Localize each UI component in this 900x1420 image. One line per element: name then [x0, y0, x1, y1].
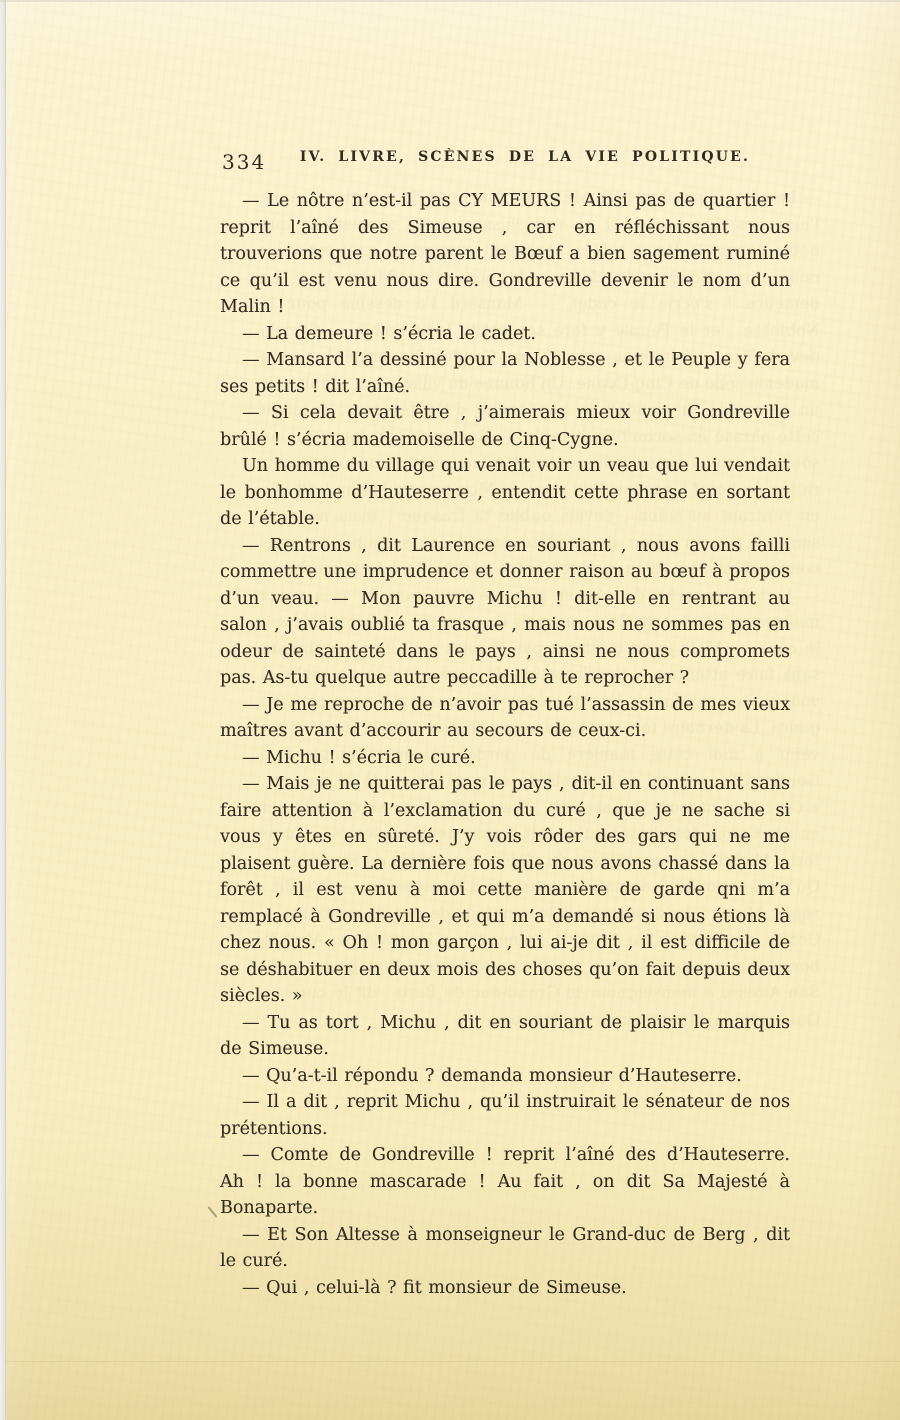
- paragraph: — Qui , celui-là ? fit monsieur de Simeu…: [220, 1275, 790, 1302]
- paragraph: — Il a dit , reprit Michu , qu’il instru…: [220, 1089, 790, 1142]
- paragraph: — Rentrons , dit Laurence en souriant , …: [220, 533, 790, 692]
- paragraph: — Mais je ne quitterai pas le pays , dit…: [220, 771, 790, 1010]
- page-header: 334 IV. LIVRE, SCÈNES DE LA VIE POLITIQU…: [220, 149, 790, 177]
- paragraph: — La demeure ! s’écria le cadet.: [220, 321, 790, 348]
- scan-edge-top: [0, 0, 900, 2]
- running-title: IV. LIVRE, SCÈNES DE LA VIE POLITIQUE.: [220, 149, 790, 165]
- paragraph: — Qu’a-t-il répondu ? demanda monsieur d…: [220, 1063, 790, 1090]
- paragraph: — Si cela devait être , j’aimerais mieux…: [220, 400, 790, 453]
- stray-ink-mark: [208, 1206, 218, 1217]
- paragraph: — Comte de Gondreville ! reprit l’aîné d…: [220, 1142, 790, 1222]
- paragraph: — Mansard l’a dessiné pour la Noblesse ,…: [220, 347, 790, 400]
- paragraph: Un homme du village qui venait voir un v…: [220, 453, 790, 533]
- paragraph: — Et Son Altesse à monseigneur le Grand-…: [220, 1222, 790, 1275]
- paragraph: — Le nôtre n’est-il pas CY MEURS ! Ainsi…: [220, 188, 790, 321]
- text-body: — Le nôtre n’est-il pas CY MEURS ! Ainsi…: [220, 188, 790, 1301]
- page-number: 334: [222, 150, 266, 174]
- scan-edge-left: [0, 0, 6, 1420]
- scan-artifact-line: [0, 1361, 900, 1362]
- paragraph: — Tu as tort , Michu , dit en souriant d…: [220, 1010, 790, 1063]
- paragraph: — Michu ! s’écria le curé.: [220, 745, 790, 772]
- paragraph: — Je me reproche de n’avoir pas tué l’as…: [220, 692, 790, 745]
- scanned-page: — Le nôtre n’est-il pas CY MEURS ! Ainsi…: [0, 0, 900, 1420]
